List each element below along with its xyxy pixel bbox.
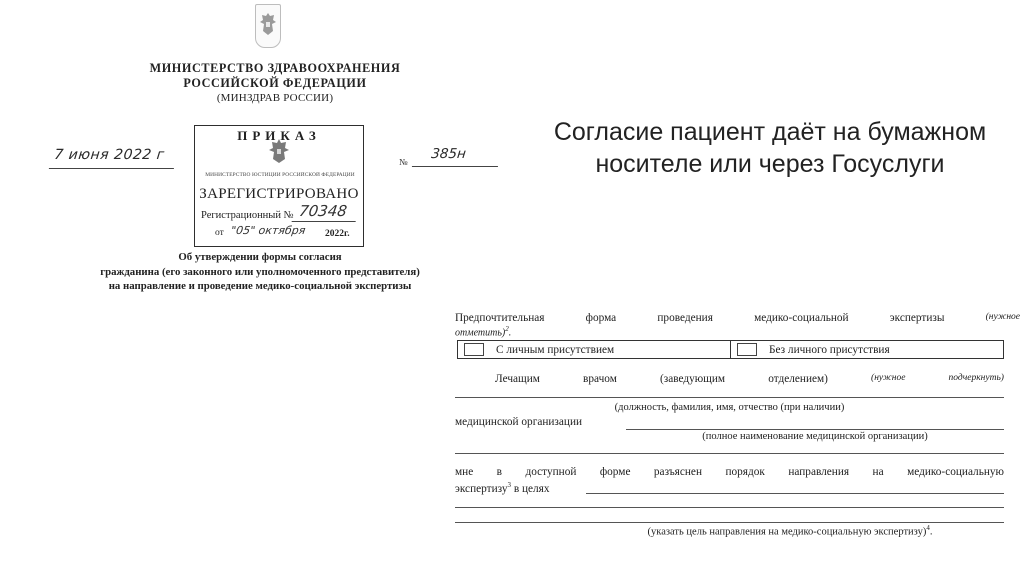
caption-org-name: (полное наименование медицинской организ… — [626, 431, 1004, 442]
doctor-row: Лечащим врачом (заведующим отделением) (… — [495, 373, 1004, 385]
option-in-person[interactable]: С личным присутствием — [458, 341, 730, 358]
doctor-name-line[interactable] — [455, 397, 1004, 398]
purpose-line-2[interactable] — [455, 507, 1004, 508]
caption-doctor-name: (должность, фамилия, имя, отчество (при … — [455, 402, 1004, 413]
registration-stamp: ПРИКАЗ МИНИСТЕРСТВО ЮСТИЦИИ РОССИЙСКОЙ Ф… — [194, 125, 364, 247]
reg-number-label: Регистрационный № — [201, 210, 294, 221]
stamp-emblem-icon — [267, 138, 291, 164]
ministry-header: МИНИСТЕРСТВО ЗДРАВООХРАНЕНИЯ РОССИЙСКОЙ … — [130, 61, 420, 106]
explanation-row-2: экспертизу3 в целях — [455, 481, 550, 495]
order-subject: Об утверждении формы согласия гражданина… — [50, 250, 470, 294]
reg-from-label: от — [215, 228, 224, 238]
org-name-line[interactable] — [626, 429, 1004, 430]
reg-year: 2022г. — [325, 229, 350, 239]
purpose-line-3[interactable] — [455, 522, 1004, 523]
stamp-ministry: МИНИСТЕРСТВО ЮСТИЦИИ РОССИЙСКОЙ ФЕДЕРАЦИ… — [198, 172, 362, 178]
consent-form-scan: Предпочтительная форма проведения медико… — [440, 300, 1024, 574]
stamp-registered: ЗАРЕГИСТРИРОВАНО — [195, 186, 363, 203]
org-name-line-2[interactable] — [455, 453, 1004, 454]
checkbox-in-person[interactable] — [464, 343, 484, 356]
org-label: медицинской организации — [455, 416, 582, 428]
attendance-options: С личным присутствием Без личного присут… — [457, 340, 1004, 359]
option-absent[interactable]: Без личного присутствия — [730, 341, 1003, 358]
order-date: 7 июня 2022 г — [49, 147, 176, 169]
preferred-form-note: отметить)2. — [455, 325, 511, 338]
caption-purpose: (указать цель направления на медико-соци… — [590, 524, 990, 538]
slide-headline: Согласие пациент даёт на бумажном носите… — [520, 116, 1020, 180]
order-number: 385н — [412, 146, 500, 167]
preferred-form-row: Предпочтительная форма проведения медико… — [455, 312, 1020, 324]
explanation-row: мне в доступной форме разъяснен порядок … — [455, 466, 1004, 478]
reg-number: 70348 — [292, 202, 359, 222]
order-scan: МИНИСТЕРСТВО ЗДРАВООХРАНЕНИЯ РОССИЙСКОЙ … — [0, 0, 520, 310]
order-number-label: № — [399, 157, 408, 167]
purpose-line-1[interactable] — [586, 493, 1004, 494]
coat-of-arms-icon — [255, 4, 281, 48]
reg-date: "05" октября — [230, 224, 306, 237]
checkbox-absent[interactable] — [737, 343, 757, 356]
